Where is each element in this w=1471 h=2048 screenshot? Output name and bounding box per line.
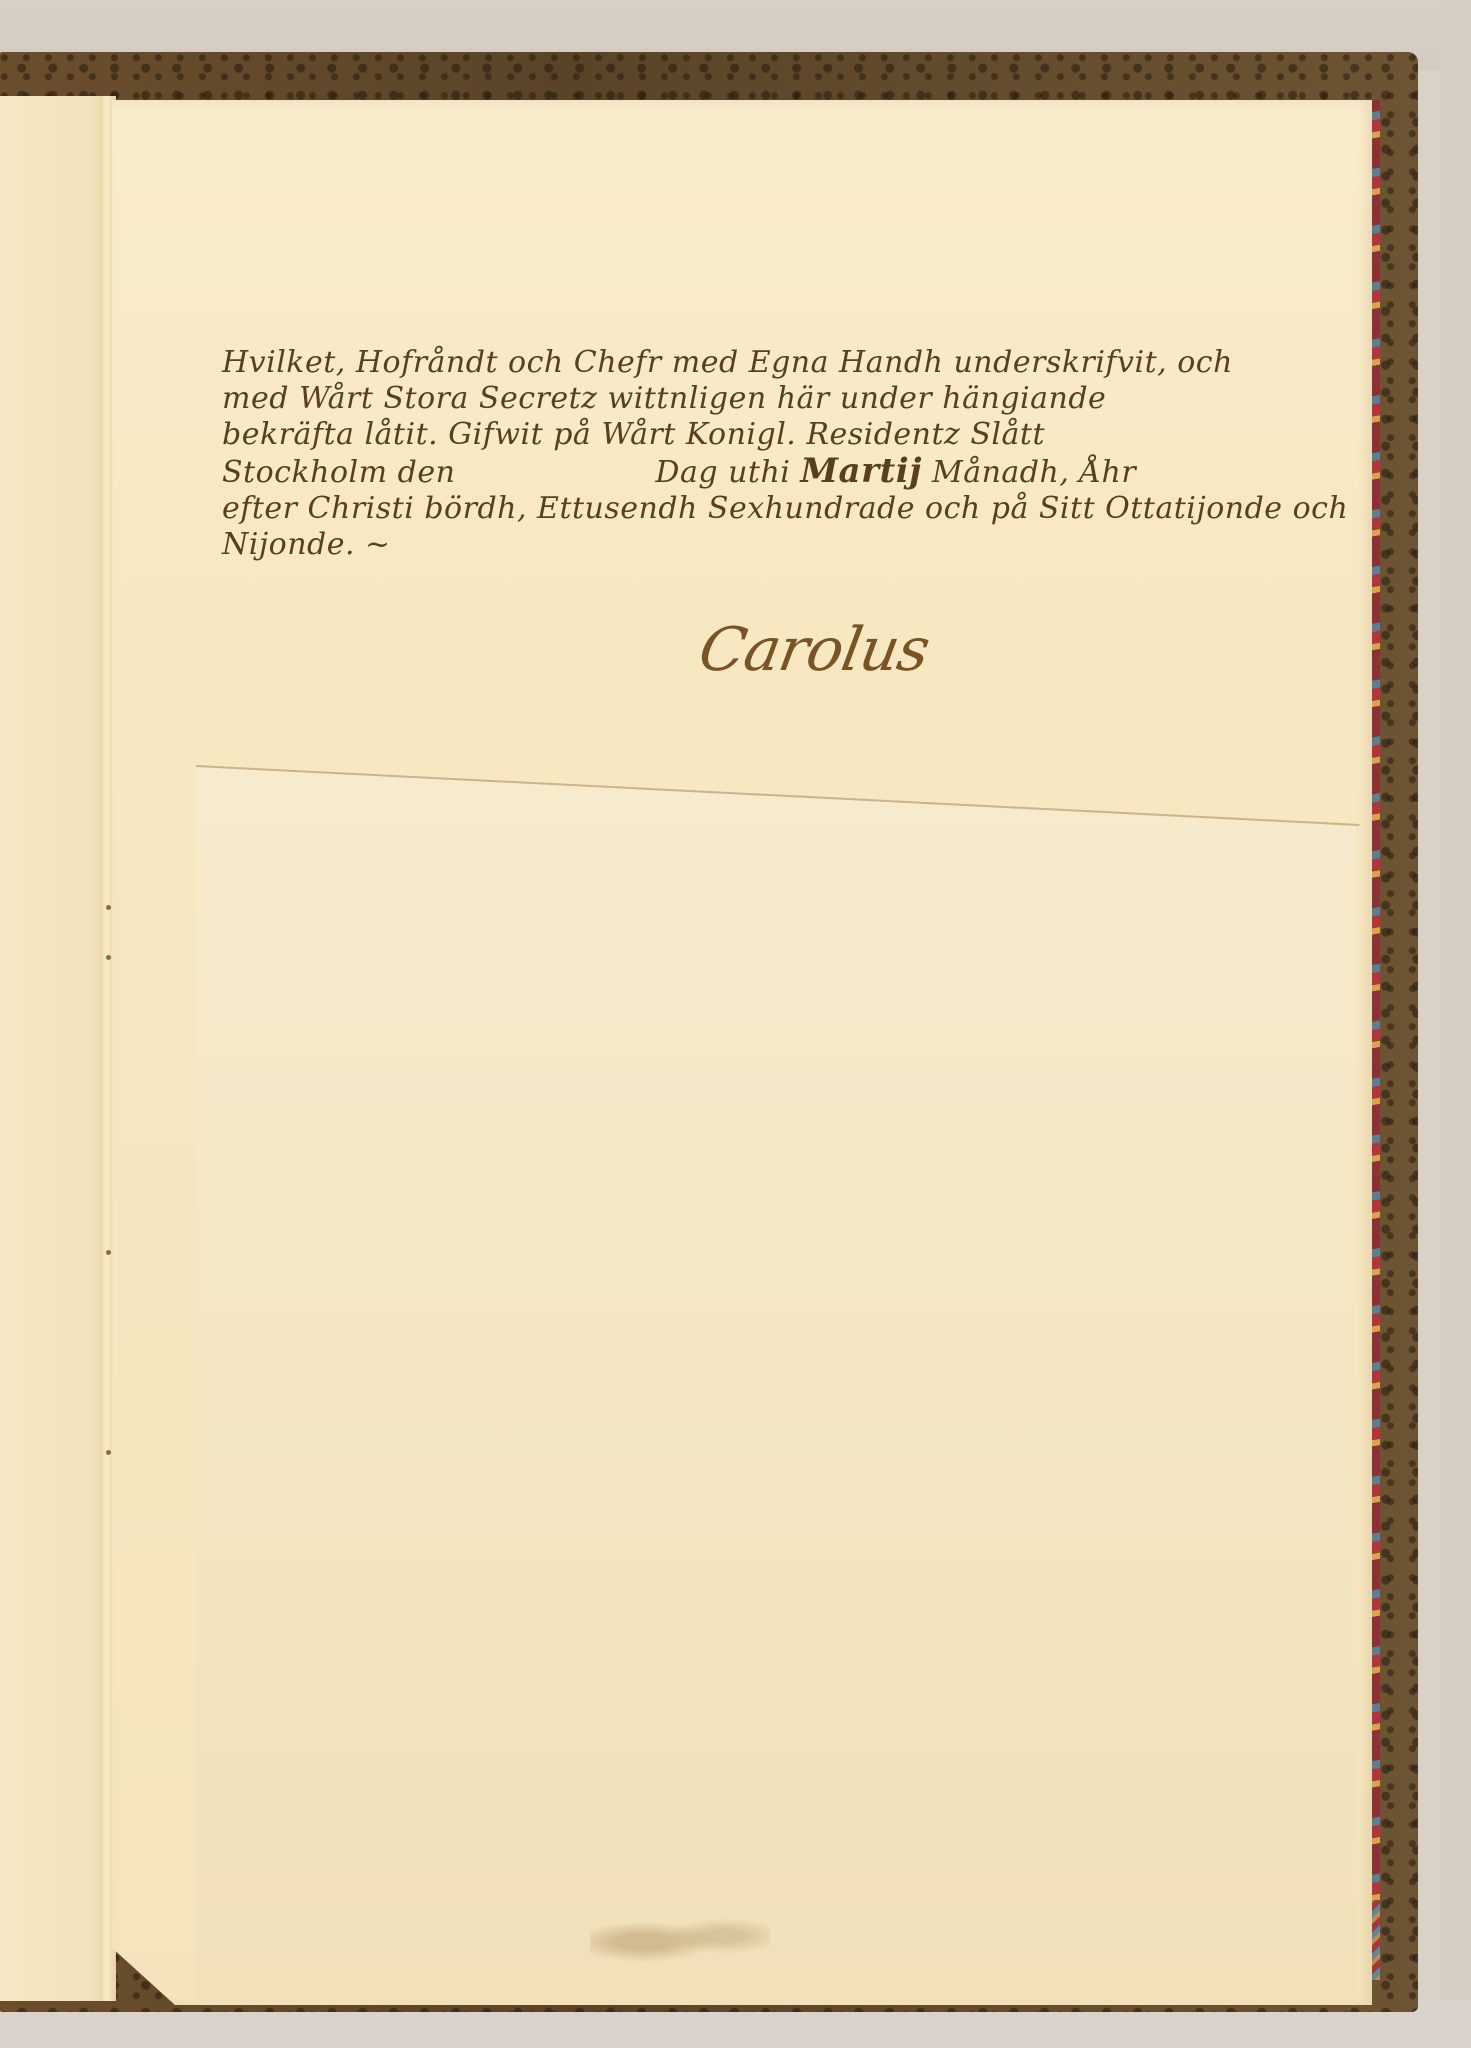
text-line-1: Hvilket, Hofråndt och Chefr med Egna Han… <box>222 345 1262 381</box>
background-right <box>1440 0 1471 2048</box>
blank-pasted-sheet <box>196 765 1356 2005</box>
binding-stitch <box>106 1450 111 1455</box>
text-line-2: med Wårt Stora Secretz wittnligen här un… <box>222 381 1262 417</box>
text-line-3: bekräfta låtit. Gifwit på Wårt Konigl. R… <box>222 417 1262 453</box>
month-name: Martij <box>800 451 922 491</box>
binding-stitch <box>106 905 111 910</box>
place-date: Stockholm den <box>222 455 455 490</box>
month-year-text: Månadh, Åhr <box>932 455 1136 490</box>
binding-stitch <box>106 1250 111 1255</box>
left-page <box>0 96 112 2001</box>
water-stain <box>590 1918 770 1978</box>
manuscript-text: Hvilket, Hofråndt och Chefr med Egna Han… <box>222 345 1262 563</box>
text-line-4: Stockholm denDag uthi Martij Månadh, Åhr <box>222 453 1262 491</box>
text-line-5: efter Christi bördh, Ettusendh Sexhundra… <box>222 491 1262 527</box>
day-text: Dag uthi <box>655 455 790 490</box>
binding-stitch <box>106 955 111 960</box>
royal-signature: Carolus <box>694 615 934 685</box>
text-line-6: Nijonde. ~ <box>222 527 1262 563</box>
